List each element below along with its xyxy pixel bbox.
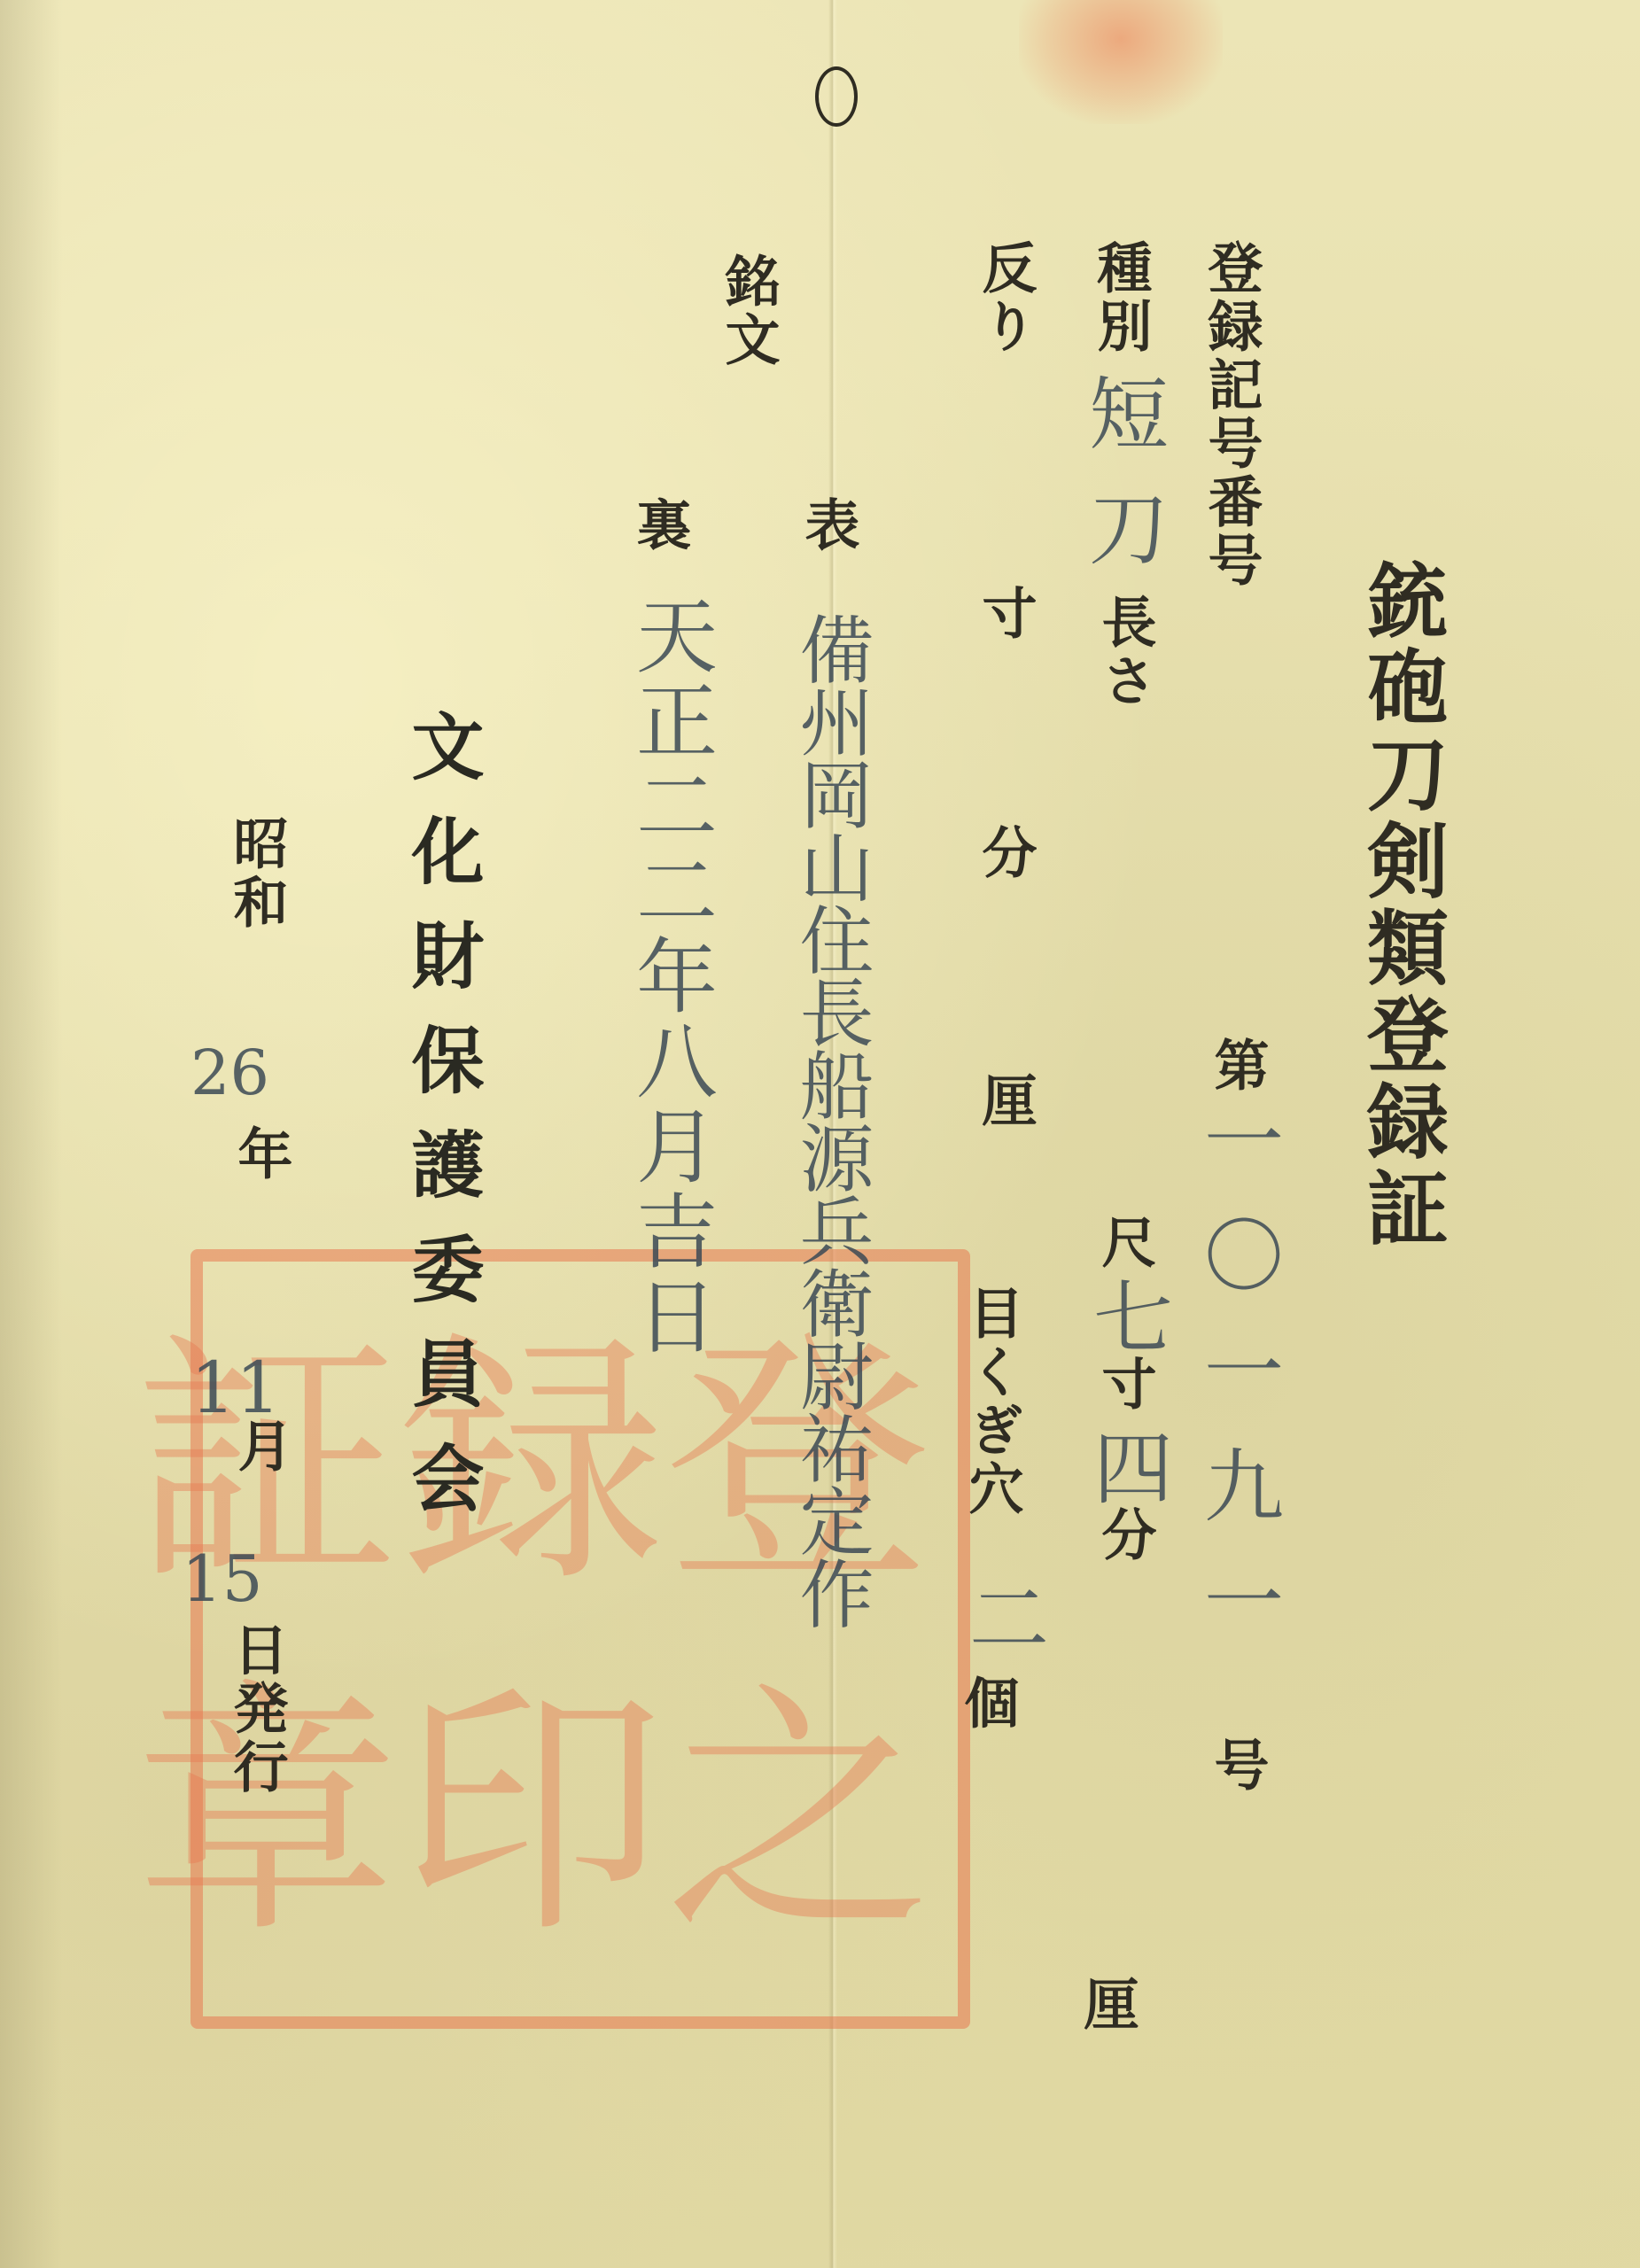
registration-prefix: 第 [1198,1037,1277,1095]
length-rin-unit: 厘 [1068,1976,1146,2031]
mekugi-ana-label: 目くぎ穴 [952,1285,1031,1518]
paper-edge-shadow [0,0,62,2268]
length-label: 長さ [1085,594,1164,711]
length-sun-value: 七 [1068,1276,1183,1355]
circle-mark-icon [815,66,858,127]
issue-month-unit: 月 [222,1417,300,1476]
issue-day-unit: 日発行 [217,1621,296,1797]
inscription-back-value: 天正二二年八月吉日 [611,594,728,1359]
registration-number: 一〇一九一 [1178,1099,1294,1674]
partial-red-stamp [1019,0,1223,124]
type-label: 種別 [1081,239,1160,356]
document-title: 銃砲刀剣類登録証 [1342,558,1459,1253]
length-shaku-unit: 尺 [1085,1214,1164,1269]
issue-year-unit: 年 [222,1125,300,1184]
curvature-sun-unit: 寸 [966,585,1045,640]
issue-era: 昭和 [217,815,296,932]
curvature-rin-unit: 厘 [966,1072,1045,1127]
issuer-name: 文化財保護委員会 [390,709,494,1545]
inscription-front-label: 表 [789,496,867,555]
inscription-back-label: 裏 [620,496,699,555]
length-bu-unit: 分 [1085,1506,1164,1561]
mekugi-ana-unit: 個 [948,1674,1027,1729]
length-bu-value: 四 [1068,1426,1183,1506]
registration-certificate: 登 録 証 之 印 章 銃砲刀剣類登録証 登録記号番号 第 一〇一九一 号 種別… [0,0,1640,2268]
issue-year: 26 [190,1037,269,1109]
registration-label: 登録記号番号 [1192,239,1271,590]
length-sun-unit: 寸 [1085,1355,1164,1410]
mekugi-ana-value: 二 [944,1577,1059,1657]
inscription-label: 銘文 [709,252,788,369]
curvature-bu-unit: 分 [966,824,1045,879]
seal-char: 印 [400,1639,665,1990]
registration-suffix: 号 [1198,1736,1277,1795]
issue-day: 15 [182,1542,263,1616]
inscription-front-value: 備州岡山住長船源兵衛尉祐定作 [778,611,885,1628]
curvature-label: 反り [966,239,1045,356]
seal-char: 之 [665,1639,931,1990]
type-value: 短刀 [1063,372,1178,602]
